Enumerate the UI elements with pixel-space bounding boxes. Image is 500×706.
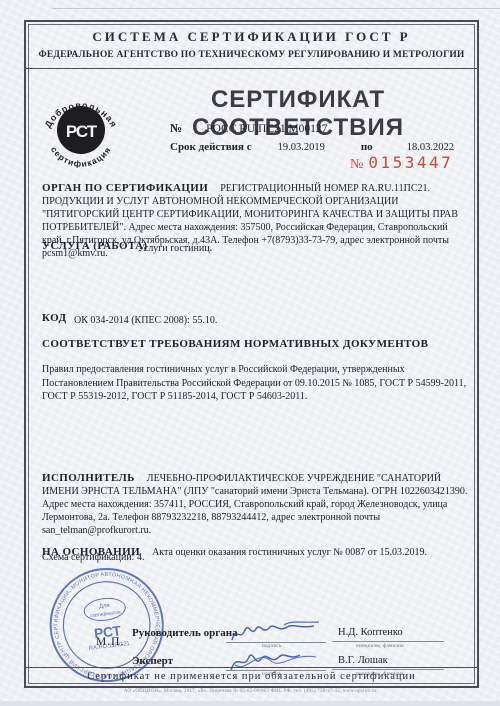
expert-name-line — [332, 669, 444, 670]
certificate-frame: СИСТЕМА СЕРТИФИКАЦИИ ГОСТ Р ФЕДЕРАЛЬНОЕ … — [24, 20, 479, 688]
agency-line: ФЕДЕРАЛЬНОЕ АГЕНТСТВО ПО ТЕХНИЧЕСКОМУ РЕ… — [26, 50, 477, 60]
printer-imprint: АО «ОПЦИОН», Москва, 2017, «В». Лицензия… — [0, 689, 500, 694]
rst-logo-icon: Добровольная РСТ сертификация — [40, 84, 122, 173]
head-name-caption: инициалы, фамилия — [356, 644, 404, 649]
code-text: ОК 034-2014 (КПЕС 2008): 55.10. — [74, 315, 217, 326]
logo-monogram: РСТ — [66, 122, 98, 141]
footer-divider — [26, 667, 477, 668]
head-role-label: Руководитель органа — [132, 627, 238, 639]
cert-number-row: №РОСС RU.ПС21.М00127 — [170, 121, 327, 136]
validity-row: Срок действия с19.03.2019по18.03.2022 — [170, 141, 454, 153]
paper-edge — [52, 8, 500, 9]
certificate-header: СИСТЕМА СЕРТИФИКАЦИИ ГОСТ Р ФЕДЕРАЛЬНОЕ … — [26, 29, 477, 60]
scan-edge — [0, 701, 500, 706]
expert-name: В.Г. Лошак — [338, 655, 388, 666]
cert-number-value: РОСС RU.ПС21.М00127 — [206, 123, 327, 135]
mp-mark: М.П. — [96, 636, 124, 648]
serial-number: №0153447 — [350, 153, 453, 173]
validity-to-label: по — [361, 141, 373, 153]
validity-to-date: 18.03.2022 — [407, 142, 454, 153]
service-text: Услуги гостиниц. — [138, 243, 212, 254]
cert-number-label: № — [170, 121, 182, 135]
head-name: Н.Д. Коптенко — [338, 627, 403, 638]
serial-number-value: 0153447 — [368, 153, 453, 172]
head-name-line — [332, 641, 444, 642]
serial-number-label: № — [350, 157, 363, 172]
scheme-text: Схема сертификации: 4. — [42, 552, 144, 563]
organ-label: ОРГАН ПО СЕРТИФИКАЦИИ — [42, 182, 208, 194]
code-label: КОД — [42, 312, 66, 324]
basis-text: Акта оценки оказания гостиничных услуг №… — [152, 547, 427, 558]
certificate-page: СИСТЕМА СЕРТИФИКАЦИИ ГОСТ Р ФЕДЕРАЛЬНОЕ … — [0, 0, 500, 706]
compliance-text: Правил предоставления гостиничных услуг … — [42, 363, 468, 404]
head-signature-line — [226, 620, 326, 643]
stamp-center-top: Для — [99, 603, 110, 610]
section-executor: ИСПОЛНИТЕЛЬЛЕЧЕБНО-ПРОФИЛАКТИЧЕСКОЕ УЧРЕ… — [42, 472, 468, 537]
compliance-label: СООТВЕТСТВУЕТ ТРЕБОВАНИЯМ НОРМАТИВНЫХ ДО… — [42, 338, 428, 350]
header-divider — [26, 68, 477, 69]
expert-signature-icon — [226, 646, 326, 674]
validity-from-date: 19.03.2019 — [278, 142, 325, 153]
expert-role-label: Эксперт — [132, 655, 173, 667]
validity-label: Срок действия с — [170, 141, 252, 153]
head-signature-icon — [226, 618, 326, 646]
executor-label: ИСПОЛНИТЕЛЬ — [42, 472, 135, 484]
service-label: УСЛУГА (РАБОТА) — [42, 240, 148, 252]
restriction-note: Сертификат не применяется при обязательн… — [26, 671, 477, 682]
system-line: СИСТЕМА СЕРТИФИКАЦИИ ГОСТ Р — [26, 29, 477, 45]
